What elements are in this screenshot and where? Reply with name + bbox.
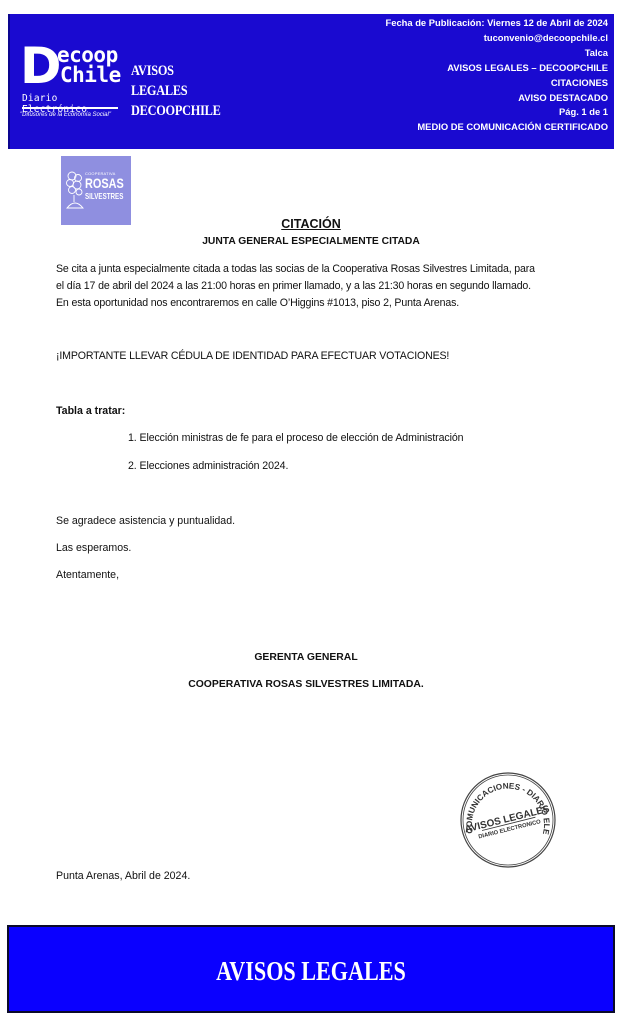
publication-date: Fecha de Publicación: Viernes 12 de Abri…	[278, 16, 608, 31]
category: CITACIONES	[278, 76, 608, 91]
paragraph-line: Se cita a junta especialmente citada a t…	[56, 261, 576, 278]
place-and-date: Punta Arenas, Abril de 2024.	[56, 870, 190, 882]
citation-paragraph: Se cita a junta especialmente citada a t…	[56, 261, 576, 312]
closing-line: Se agradece asistencia y puntualidad.	[56, 515, 235, 527]
paragraph-line: el día 17 de abril del 2024 a las 21:00 …	[56, 278, 576, 295]
contact-email: tuconvenio@decoopchile.cl	[278, 31, 608, 46]
document-subtitle: JUNTA GENERAL ESPECIALMENTE CITADA	[0, 236, 622, 247]
section-name: AVISOS LEGALES – DECOOPCHILE	[278, 61, 608, 76]
logo-divider	[22, 107, 118, 109]
closing-line: Las esperamos.	[56, 542, 131, 554]
agenda-item: 2. Elecciones administración 2024.	[128, 460, 288, 472]
header-title-line: LEGALES	[131, 81, 221, 101]
closing-line: Atentamente,	[56, 569, 119, 581]
signature-organization: COOPERATIVA ROSAS SILVESTRES LIMITADA.	[0, 679, 612, 690]
certification-stamp: COMUNICACIONES - DIARIO ELECTRONICO AVIS…	[459, 771, 557, 869]
rose-flower-icon	[64, 168, 86, 212]
logo-line1: ecoop	[57, 45, 118, 65]
footer-banner-text: AVISOS LEGALES	[63, 956, 558, 986]
header-title-line: DECOOPCHILE	[131, 101, 221, 121]
rosas-silvestres-logo: COOPERATIVA ROSAS SILVESTRES	[61, 156, 131, 225]
document-title: CITACIÓN	[0, 217, 622, 231]
agenda-item: 1. Elección ministras de fe para el proc…	[128, 432, 463, 444]
logo-tagline: "Difusores de la Economía Social"	[20, 111, 111, 119]
header-title-line: AVISOS	[131, 61, 221, 81]
paragraph-line: En esta oportunidad nos encontraremos en…	[56, 295, 576, 312]
logo-subname: SILVESTRES	[85, 192, 123, 201]
logo-line2: Chile	[60, 65, 121, 85]
signature-role: GERENTA GENERAL	[0, 652, 612, 663]
page-number: Pág. 1 de 1	[278, 105, 608, 120]
notice-type: AVISO DESTACADO	[278, 91, 608, 106]
footer-banner: AVISOS LEGALES	[7, 925, 615, 1013]
certification: MEDIO DE COMUNICACIÓN CERTIFICADO	[278, 120, 608, 135]
city: Talca	[278, 46, 608, 61]
decoopchile-logo: D ecoop Chile Diario Electrónico "Difuso…	[14, 41, 124, 131]
agenda-label: Tabla a tratar:	[56, 405, 125, 417]
header-title: AVISOS LEGALES DECOOPCHILE	[131, 61, 221, 121]
important-notice: ¡IMPORTANTE LLEVAR CÉDULA DE IDENTIDAD P…	[56, 350, 449, 362]
logo-name: ROSAS	[85, 176, 124, 190]
logo-big-letter: D	[20, 41, 62, 91]
publication-info: Fecha de Publicación: Viernes 12 de Abri…	[278, 16, 608, 135]
